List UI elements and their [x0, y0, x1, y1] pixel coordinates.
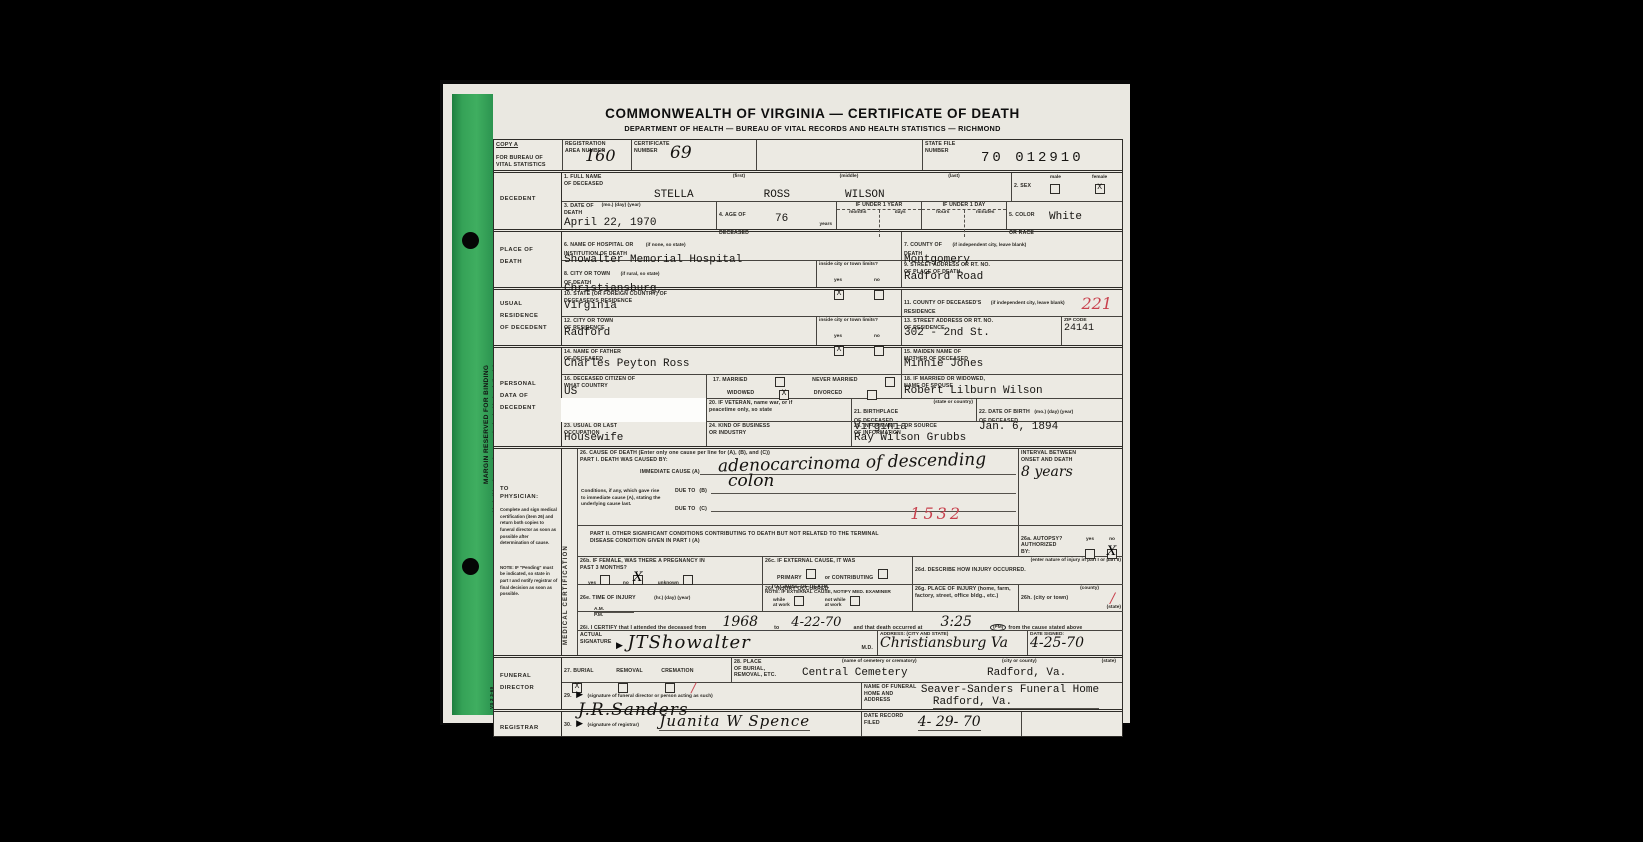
age-unit: years: [819, 222, 832, 227]
preg-yes-checkbox: [600, 575, 610, 585]
limits2-label: inside city or town limits?: [819, 318, 899, 323]
physician-address-value: Christiansburg Va: [880, 635, 1025, 651]
place-city-hint: (city or county): [1002, 659, 1037, 664]
preg-no-checkbox: X: [633, 575, 643, 585]
autopsy-yes-label: yes: [1086, 537, 1094, 542]
occupation-value: Housewife: [564, 432, 704, 444]
registrar-sig-number: 30.: [564, 722, 572, 728]
autopsy-no-label: no: [1109, 537, 1115, 542]
registrar-signature-arrow-icon: ▶: [576, 718, 583, 728]
band-registrar: REGISTRAR 30. ▶ (signature of registrar)…: [494, 712, 1122, 736]
sex-label: 2. SEX: [1014, 183, 1031, 189]
funeral-sig-number: 29.: [564, 693, 572, 699]
informant-value: Ray Wilson Grubbs: [854, 432, 1120, 444]
never-married-checkbox: [885, 377, 895, 387]
date-filed-label: DATE RECORD FILED: [864, 713, 903, 726]
last-hint: (last): [904, 174, 1004, 187]
funeral-sig-hint: (signature of funeral director or person…: [588, 694, 713, 699]
funeral-home-city: Radford, Va.: [933, 696, 1099, 709]
hole-punch-top: [462, 232, 479, 249]
burial-label: 27. BURIAL: [564, 668, 594, 674]
city-death-label: 8. CITY OR TOWN: [564, 271, 610, 277]
limits1-yes-label: yes: [834, 278, 842, 283]
place-state-hint: (state): [1102, 659, 1116, 664]
time-injury-label: 26e. TIME OF INJURY: [580, 595, 636, 601]
city-injury-label: 26h. (city or town): [1021, 595, 1068, 601]
birthplace-hint: (state or country): [934, 400, 973, 405]
binding-margin-title: MARGIN RESERVED FOR BINDING: [483, 365, 490, 484]
pending-note: NOTE: IF "Pending" must be indicated, so…: [494, 547, 561, 598]
city-death-hint: (if rural, so state): [621, 272, 660, 277]
limits2-yes-label: yes: [834, 334, 842, 339]
county-residence-value: 221: [1081, 294, 1112, 313]
certificate-number-label: CERTIFICATE NUMBER: [634, 141, 754, 154]
injury-desc-hint: (enter nature of injury in part I or par…: [1031, 558, 1121, 563]
mother-value: Minnie Jones: [904, 358, 1120, 370]
funeral-signature-arrow-icon: ▶: [576, 689, 583, 699]
removal-label: REMOVAL: [616, 668, 643, 674]
hospital-hint: (if none, so state): [646, 243, 686, 248]
due-to-b-label: DUE TO: [675, 488, 695, 495]
sidebar-decedent: DECEDENT: [494, 173, 561, 205]
age-value: 76: [775, 213, 788, 225]
cause-line2: colon: [728, 471, 774, 491]
part2-label: PART II. OTHER SIGNIFICANT CONDITIONS CO…: [580, 527, 1016, 544]
date-of-death-value: April 22, 1970: [564, 217, 714, 229]
hospital-label: 6. NAME OF HOSPITAL OR: [564, 242, 633, 248]
sidebar-registrar: REGISTRAR: [494, 712, 561, 734]
county-injury-hint: (county): [1080, 586, 1099, 591]
spouse-value: Robert Lilburn Wilson: [904, 385, 1120, 397]
married-checkbox: [775, 377, 785, 387]
certificate-number-value: 69: [670, 143, 692, 163]
sidebar-personal-data: PERSONAL DATA OF DECEDENT: [494, 348, 561, 415]
immediate-cause-label: IMMEDIATE CAUSE (A): [640, 469, 700, 476]
middle-hint: (middle): [794, 174, 904, 187]
pregnancy-label: 26b. IF FEMALE, WAS THERE A PREGNANCY IN…: [580, 558, 760, 571]
date-of-death-hints: (mo.) (day) (year): [602, 203, 641, 216]
city-residence-value: Radford: [564, 327, 814, 339]
conditions-note: Conditions, if any, which gave rise to i…: [581, 489, 660, 509]
medical-certification-strip: MEDICAL CERTIFICATION: [562, 449, 578, 655]
registrar-signature: Juanita W Spence: [659, 712, 810, 731]
cause-code-value: 1532: [910, 504, 963, 523]
under-year-label: IF UNDER 1 YEAR: [837, 202, 921, 210]
death-certificate: MARGIN RESERVED FOR BINDING IMPORTANT: U…: [443, 84, 1130, 723]
physician-note: Complete and sign medical certification …: [494, 501, 561, 547]
business-label2: OR INDUSTRY: [709, 430, 849, 437]
contributing-label: or CONTRIBUTING: [825, 575, 874, 581]
place-burial-hint: (name of cemetery or crematory): [842, 659, 917, 664]
hole-punch-bottom: [462, 558, 479, 575]
name-middle: ROSS: [764, 189, 790, 201]
county-residence-hint: (if independent city, leave blank): [991, 301, 1065, 306]
never-married-label: NEVER MARRIED: [812, 377, 857, 387]
county-death-label: 7. COUNTY OF: [904, 242, 942, 248]
due-to-c-label: DUE TO: [675, 506, 695, 513]
sidebar-to-physician: TO PHYSICIAN:: [494, 449, 561, 501]
veteran-label2: peacetime only, so state: [709, 407, 849, 414]
zip-value: 24141: [1064, 323, 1120, 334]
contributing-checkbox: [878, 569, 888, 579]
c-mark: (C): [699, 506, 707, 513]
state-file-value: 70 012910: [981, 150, 1084, 166]
medical-certification-label: MEDICAL CERTIFICATION: [563, 545, 569, 645]
certify-to-value: 4-22-70: [781, 615, 851, 631]
certify-from-value: 1968: [708, 614, 772, 631]
place-burial-label: 28. PLACE OF BURIAL, REMOVAL, ETC.: [734, 659, 776, 679]
funeral-home-label: NAME OF FUNERAL HOME AND ADDRESS: [864, 684, 916, 704]
time-injury-hints: (hr.) (day) (year): [654, 596, 690, 601]
authorized-by-label: AUTHORIZED BY:: [1021, 542, 1057, 555]
sex-female-checkbox: X: [1095, 184, 1105, 194]
primary-label: PRIMARY: [777, 575, 802, 581]
sidebar-funeral-director: FUNERAL DIRECTOR: [494, 658, 561, 694]
place-injury-label: 26g. PLACE OF INJURY (home, farm, factor…: [915, 586, 1016, 599]
color-race-value: White: [1049, 211, 1082, 223]
photo-background: MARGIN RESERVED FOR BINDING IMPORTANT: U…: [440, 80, 1130, 725]
street-death-value: Radford Road: [904, 271, 1120, 283]
pm-circled: (PM): [990, 624, 1006, 631]
dob-hint: (mo.) (day) (year): [1034, 410, 1073, 415]
bureau-label: FOR BUREAU OF VITAL STATISTICS: [496, 155, 562, 169]
place-city-value: Radford, Va.: [987, 667, 1066, 679]
while-work-checkbox: [794, 596, 804, 606]
band-funeral: FUNERAL DIRECTOR 27. BURIAL REMOVAL CREM…: [494, 658, 1122, 712]
father-value: Charles Peyton Ross: [564, 358, 899, 370]
married-label: 17. MARRIED: [713, 377, 748, 387]
funeral-home-value: Seaver-Sanders Funeral Home: [921, 684, 1099, 696]
sex-female-label: female: [1092, 175, 1107, 180]
dob-label: 22. DATE OF BIRTH: [979, 409, 1030, 415]
street-residence-value: 302 - 2nd St.: [904, 327, 1059, 339]
county-residence-label: 11. COUNTY OF DECEASED'S: [904, 300, 981, 306]
cremation-label: CREMATION: [661, 668, 693, 674]
birthplace-label: 21. BIRTHPLACE: [854, 409, 898, 415]
copy-a-label: COPY A: [496, 142, 562, 149]
limits1-label: inside city or town limits?: [819, 262, 899, 267]
sex-male-label: male: [1050, 175, 1061, 180]
band-place-of-death: PLACE OF DEATH 6. NAME OF HOSPITAL OR (i…: [494, 232, 1122, 290]
band-personal-data: PERSONAL DATA OF DECEDENT 14. NAME OF FA…: [494, 348, 1122, 449]
injury-desc-label: 26d. DESCRIBE HOW INJURY OCCURRED.: [915, 567, 1026, 573]
signature-arrow-icon: ▶: [616, 640, 623, 650]
band-decedent: DECEDENT 1. FULL NAME OF DECEASED (first…: [494, 173, 1122, 232]
registrar-sig-hint: (signature of registrar): [588, 723, 639, 728]
date-of-death-label: 3. DATE OF DEATH: [564, 203, 594, 216]
page-subtitle: DEPARTMENT OF HEALTH — BUREAU OF VITAL R…: [501, 124, 1124, 133]
limits2-no-label: no: [874, 334, 880, 339]
state-injury-hint: (state): [1107, 605, 1121, 610]
county-death-hint: (if independent city, leave blank): [952, 243, 1026, 248]
band-medical: TO PHYSICIAN: Complete and sign medical …: [494, 449, 1122, 658]
md-label: M.D.: [861, 645, 873, 652]
death-time-value: 3:25: [924, 614, 987, 631]
actual-signature-label: ACTUAL SIGNATURE: [580, 632, 612, 645]
not-while-label: not while at work: [825, 598, 846, 608]
external-cause-label: 26c. IF EXTERNAL CAUSE, IT WAS: [765, 558, 910, 565]
full-name-label: 1. FULL NAME OF DECEASED: [564, 174, 684, 187]
injury-occurred-label: 26f. INJURY OCCURRED: [765, 586, 910, 593]
band-usual-residence: USUAL RESIDENCE OF DECEDENT 10. STATE (O…: [494, 290, 1122, 348]
limits1-no-label: no: [874, 278, 880, 283]
physician-signature: JTShowalter: [627, 632, 750, 653]
date-signed-value: 4-25-70: [1030, 635, 1121, 651]
registration-area-value: 160: [585, 146, 616, 165]
not-while-checkbox: [850, 596, 860, 606]
first-hint: (first): [684, 174, 794, 187]
name-first: STELLA: [654, 189, 694, 201]
sidebar-place-of-death: PLACE OF DEATH: [494, 232, 561, 268]
band-registration: COPY A FOR BUREAU OF VITAL STATISTICS RE…: [494, 140, 1122, 173]
under-day-label: IF UNDER 1 DAY: [922, 202, 1006, 210]
place-burial-value: Central Cemetery: [802, 667, 908, 679]
redaction-box: [561, 398, 706, 422]
certificate-header: COMMONWEALTH OF VIRGINIA — CERTIFICATE O…: [501, 106, 1124, 133]
certificate-form: COPY A FOR BUREAU OF VITAL STATISTICS RE…: [493, 139, 1123, 737]
primary-checkbox: [806, 569, 816, 579]
sidebar-usual-residence: USUAL RESIDENCE OF DECEDENT: [494, 290, 561, 335]
page-title: COMMONWEALTH OF VIRGINIA — CERTIFICATE O…: [501, 106, 1124, 121]
b-mark: (B): [699, 488, 707, 495]
state-residence-value: Virginia: [564, 300, 899, 312]
interval-label: INTERVAL BETWEEN ONSET AND DEATH: [1021, 450, 1121, 463]
preg-unknown-checkbox: [683, 575, 693, 585]
date-filed-value: 4- 29- 70: [918, 714, 981, 731]
interval-value: 8 years: [1021, 464, 1121, 480]
name-last: WILSON: [845, 189, 885, 201]
while-work-label: while at work: [773, 598, 790, 608]
sex-male-checkbox: [1050, 184, 1060, 194]
